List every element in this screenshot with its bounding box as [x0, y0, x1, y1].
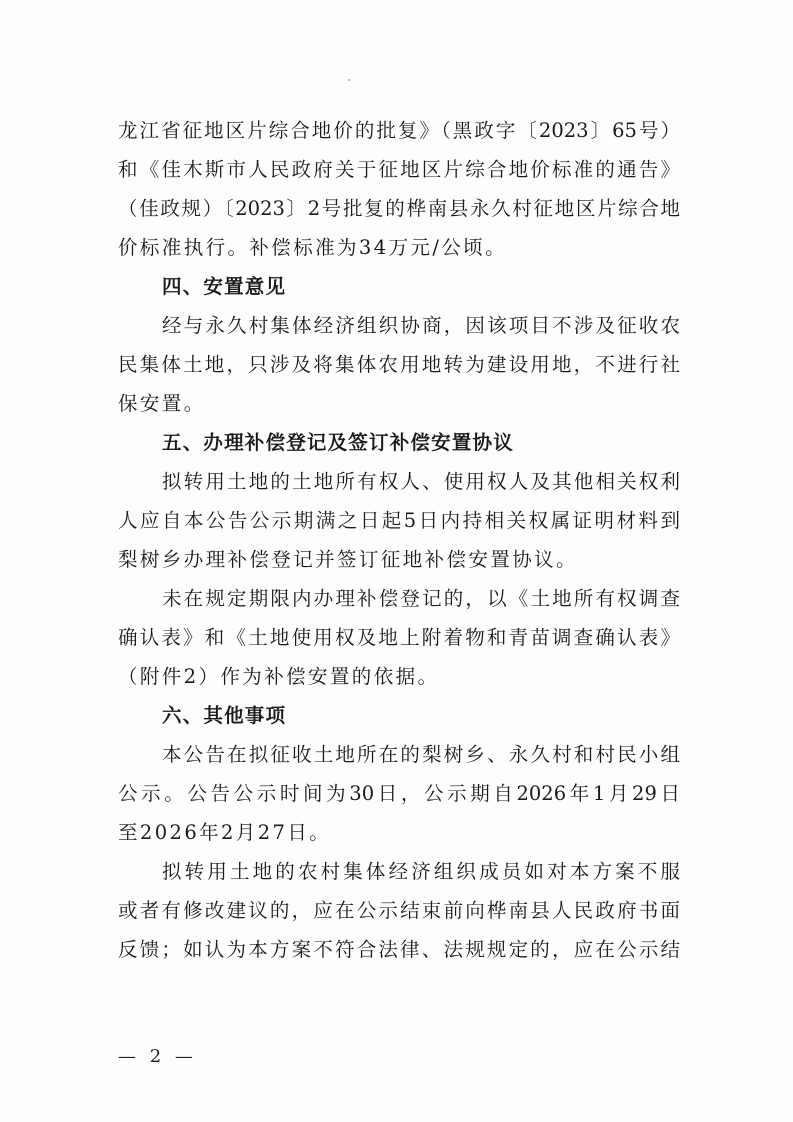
- paragraph-objections: 拟转用土地的农村集体经济组织成员如对本方案不服 或者有修改建议的，应在公示结束前…: [118, 852, 680, 969]
- section-heading-resettlement-opinion: 四、安置意见: [118, 267, 680, 306]
- page-number: — 2 —: [118, 1046, 197, 1067]
- text-line: 人应自本公告公示期满之日起5日内持相关权属证明材料到: [118, 501, 680, 540]
- document-body: 龙江省征地区片综合地价的批复》（黑政字〔2023〕65号） 和《佳木斯市人民政府…: [118, 111, 680, 969]
- paragraph-land-price-standard: 龙江省征地区片综合地价的批复》（黑政字〔2023〕65号） 和《佳木斯市人民政府…: [118, 111, 680, 267]
- section-heading-compensation-registration: 五、办理补偿登记及签订补偿安置协议: [118, 423, 680, 462]
- text-line: 确认表》和《土地使用权及地上附着物和青苗调查确认表》: [118, 618, 680, 657]
- paragraph-registration: 拟转用土地的土地所有权人、使用权人及其他相关权利 人应自本公告公示期满之日起5日…: [118, 462, 680, 579]
- text-line: 拟转用土地的土地所有权人、使用权人及其他相关权利: [118, 462, 680, 501]
- paragraph-publicity-period: 本公告在拟征收土地所在的梨树乡、永久村和村民小组 公示。公告公示时间为30日，公…: [118, 735, 680, 852]
- text-line: 梨树乡办理补偿登记并签订征地补偿安置协议。: [118, 540, 680, 579]
- text-line: 拟转用土地的农村集体经济组织成员如对本方案不服: [118, 852, 680, 891]
- section-heading-other-matters: 六、其他事项: [118, 696, 680, 735]
- text-line: 本公告在拟征收土地所在的梨树乡、永久村和村民小组: [118, 735, 680, 774]
- text-line: （附件2）作为补偿安置的依据。: [118, 657, 680, 696]
- text-line: 和《佳木斯市人民政府关于征地区片综合地价标准的通告》: [118, 150, 680, 189]
- text-line: 价标准执行。补偿标准为34万元/公顷。: [118, 228, 680, 267]
- text-line: 民集体土地，只涉及将集体农用地转为建设用地，不进行社: [118, 345, 680, 384]
- text-line: 龙江省征地区片综合地价的批复》（黑政字〔2023〕65号）: [118, 111, 680, 150]
- text-line: 经与永久村集体经济组织协商，因该项目不涉及征收农: [118, 306, 680, 345]
- paragraph-resettlement: 经与永久村集体经济组织协商，因该项目不涉及征收农 民集体土地，只涉及将集体农用地…: [118, 306, 680, 423]
- text-line: 至2026年2月27日。: [118, 813, 680, 852]
- text-line: 反馈；如认为本方案不符合法律、法规规定的，应在公示结: [118, 930, 680, 969]
- text-line: 或者有修改建议的，应在公示结束前向桦南县人民政府书面: [118, 891, 680, 930]
- scan-speck: [348, 79, 350, 81]
- text-line: 保安置。: [118, 384, 680, 423]
- paragraph-late-registration: 未在规定期限内办理补偿登记的，以《土地所有权调查 确认表》和《土地使用权及地上附…: [118, 579, 680, 696]
- text-line: 未在规定期限内办理补偿登记的，以《土地所有权调查: [118, 579, 680, 618]
- text-line: （佳政规）〔2023〕2号批复的桦南县永久村征地区片综合地: [118, 189, 680, 228]
- text-line: 公示。公告公示时间为30日，公示期自2026年1月29日: [118, 774, 680, 813]
- document-page: 龙江省征地区片综合地价的批复》（黑政字〔2023〕65号） 和《佳木斯市人民政府…: [0, 0, 793, 1122]
